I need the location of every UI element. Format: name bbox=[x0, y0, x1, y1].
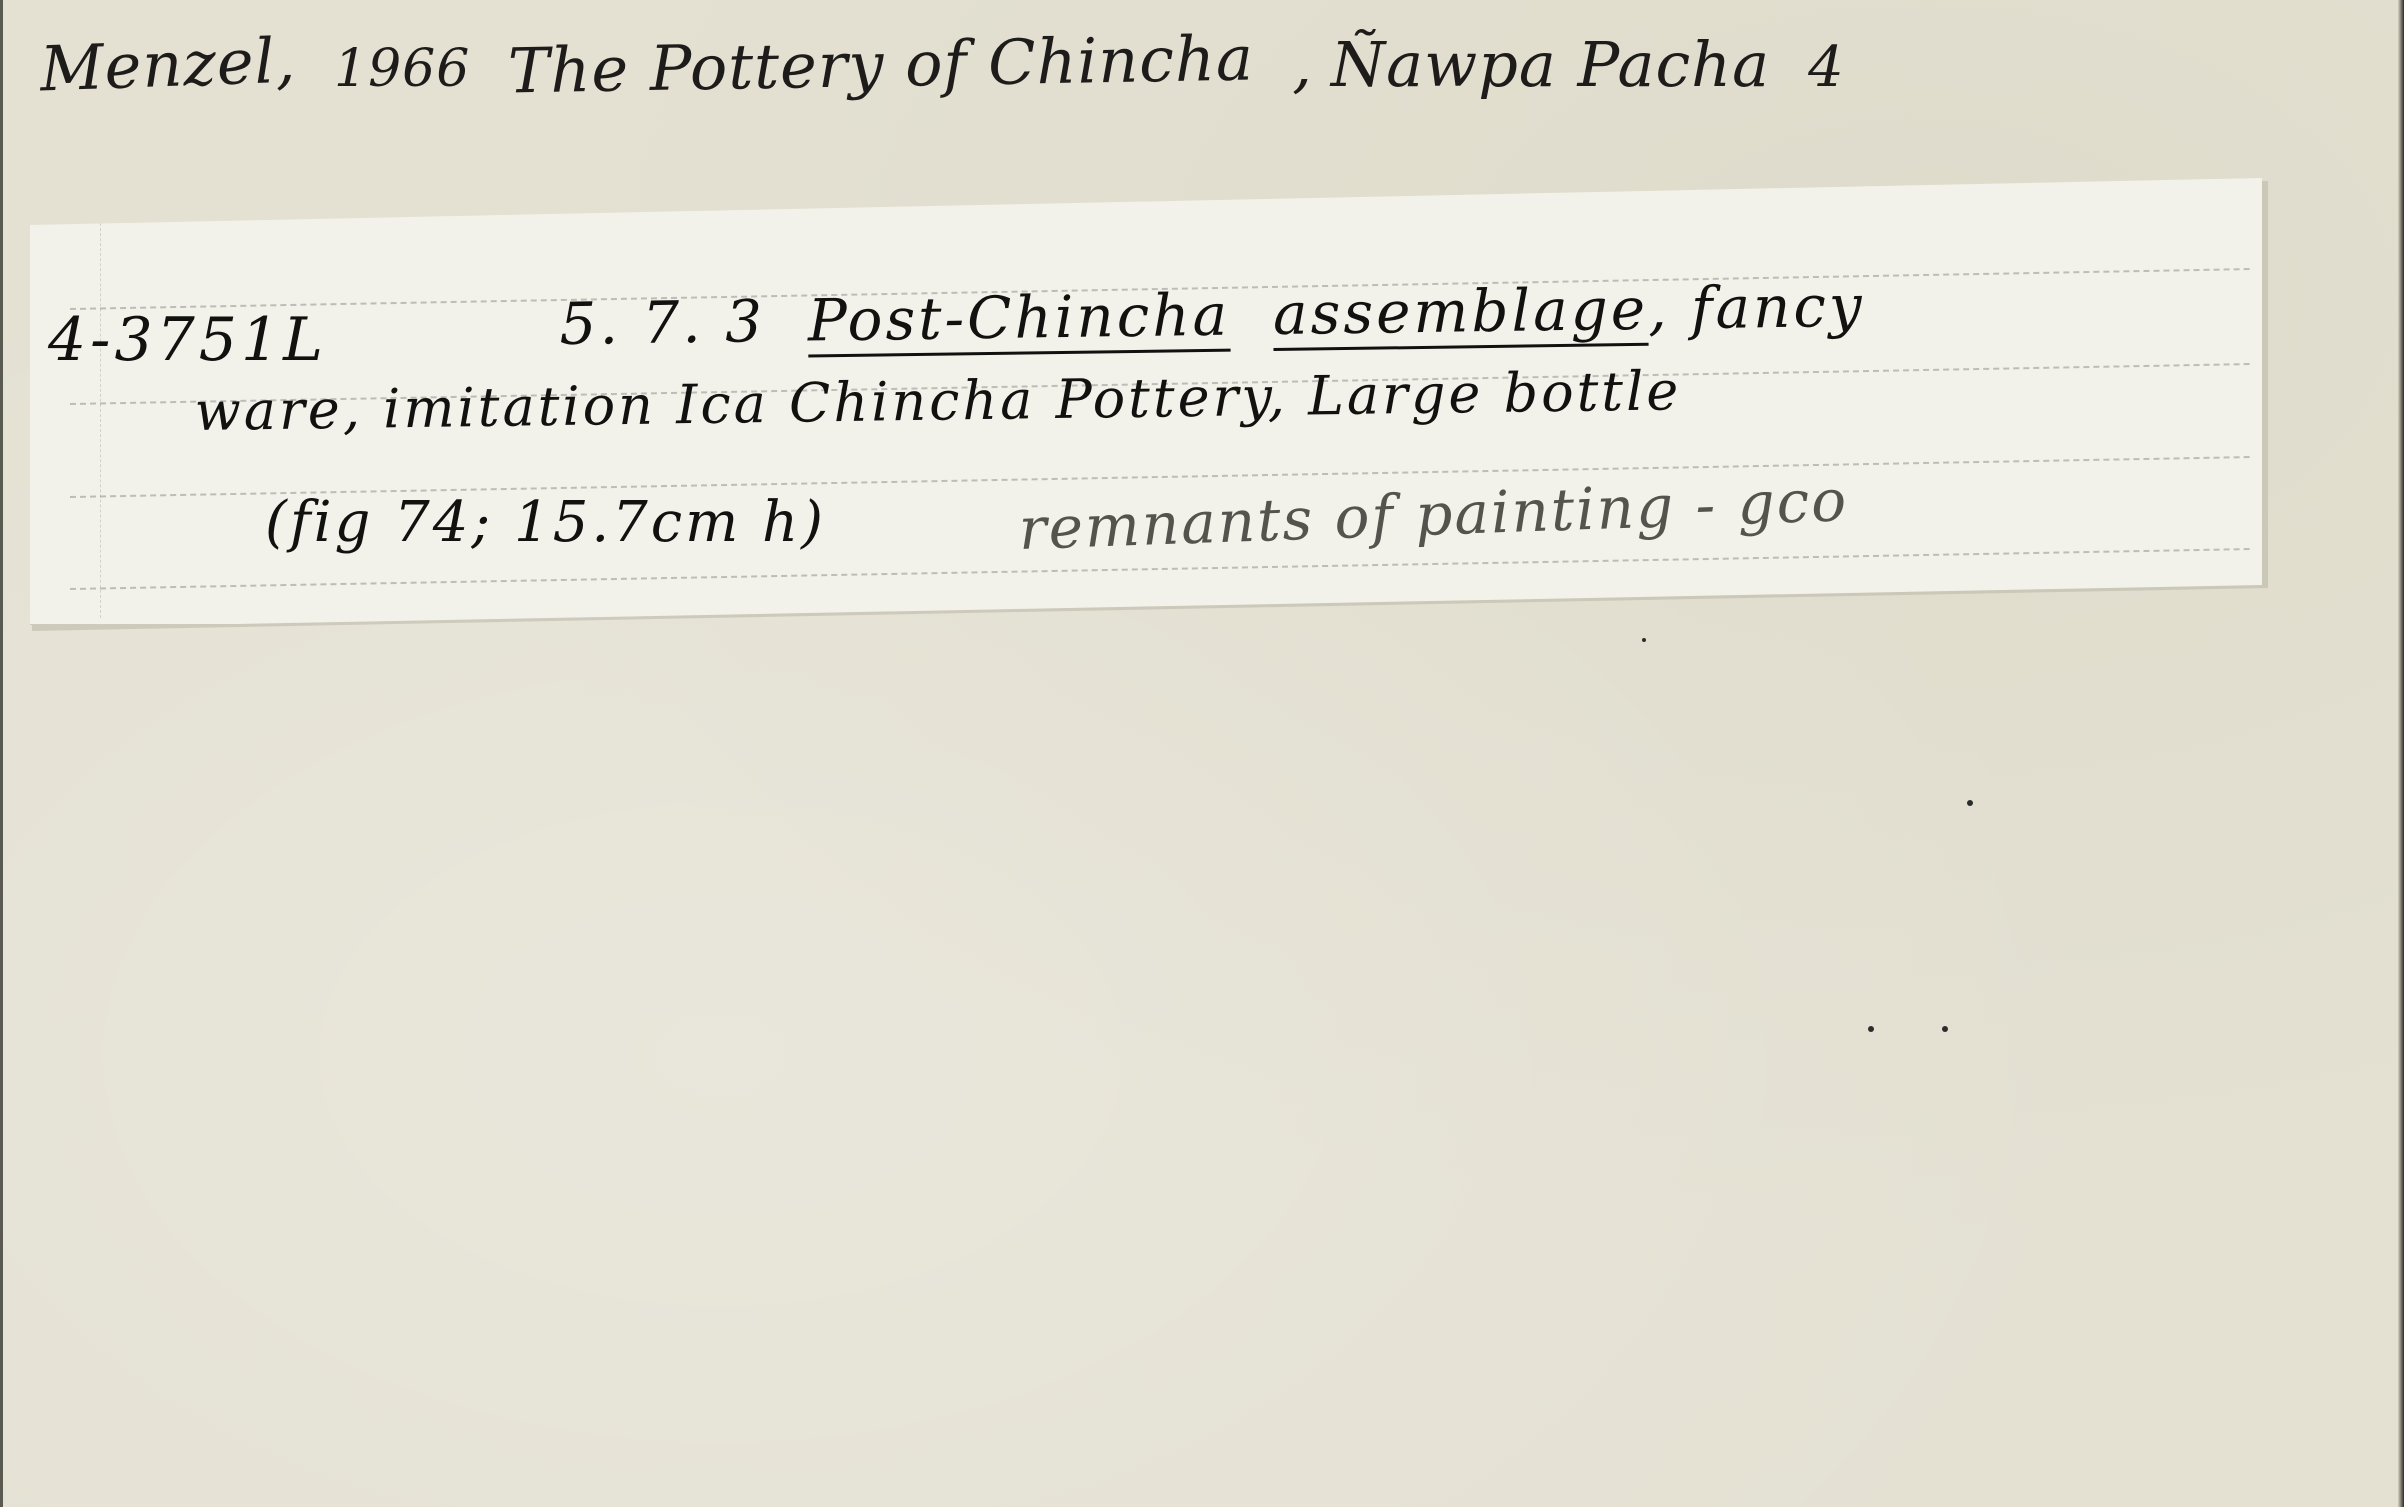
slip-margin-rule bbox=[100, 218, 101, 618]
period-term: Post-Chincha bbox=[807, 281, 1230, 355]
paper-speck bbox=[1942, 1026, 1948, 1032]
entry-line-1-rest: , fancy bbox=[1648, 272, 1865, 343]
assemblage-term: assemblage bbox=[1273, 275, 1649, 348]
paper-speck bbox=[1967, 800, 1973, 806]
citation-separator: , bbox=[1292, 28, 1313, 101]
entry-line-3: (fig 74; 15.7cm h) bbox=[265, 490, 826, 555]
citation-header: Menzel,1966The Pottery of Chincha,Ñawpa … bbox=[40, 28, 1990, 168]
paper-speck bbox=[1868, 1026, 1874, 1032]
index-card: Menzel,1966The Pottery of Chincha,Ñawpa … bbox=[0, 0, 2404, 1507]
card-right-edge bbox=[2398, 0, 2404, 1507]
paper-speck bbox=[1642, 638, 1646, 642]
citation-author: Menzel, bbox=[39, 24, 297, 106]
citation-year: 1966 bbox=[334, 39, 470, 99]
section-number: 5. 7. 3 bbox=[559, 287, 765, 358]
citation-title: The Pottery of Chincha bbox=[508, 21, 1255, 107]
citation-volume: 4 bbox=[1808, 35, 1845, 100]
card-left-edge bbox=[0, 0, 3, 1507]
citation-series: Ñawpa Pacha bbox=[1331, 28, 1770, 101]
catalog-number: 4-3751L bbox=[48, 305, 327, 375]
